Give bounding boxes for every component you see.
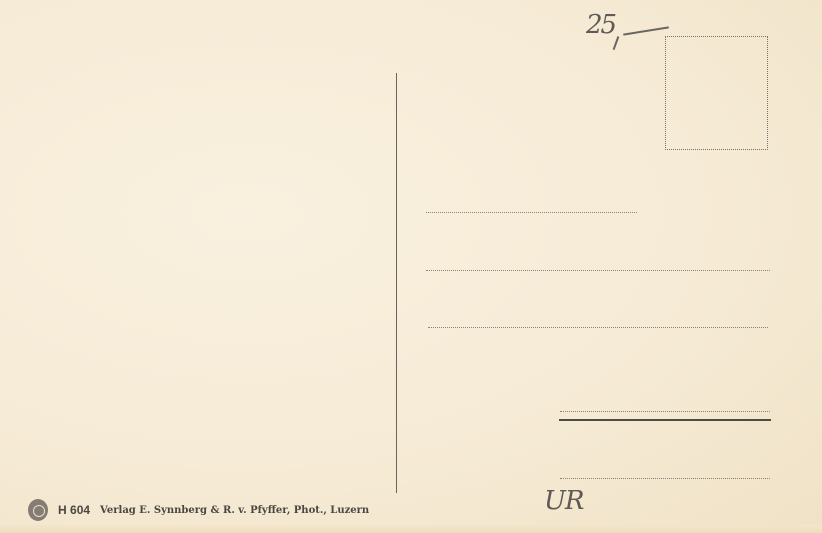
stamp-box (665, 36, 768, 150)
address-line-2 (426, 270, 770, 271)
publisher-imprint: H 604 Verlag E. Synnberg & R. v. Pfyffer… (28, 498, 369, 522)
center-divider (396, 73, 397, 493)
series-code: H 604 (58, 503, 90, 517)
postcard-back: 25 UR H 604 Verlag E. Synnberg & R. v. P… (0, 0, 822, 533)
address-line-3 (428, 327, 768, 328)
address-line-5 (560, 478, 770, 479)
handwritten-initials: UR (544, 486, 584, 516)
address-line-4 (560, 411, 770, 412)
series-number: 604 (70, 503, 90, 517)
publisher-text: Verlag E. Synnberg & R. v. Pfyffer, Phot… (100, 505, 369, 516)
handwritten-dash (623, 26, 669, 35)
publisher-logo-icon (28, 499, 48, 521)
handwritten-price: 25 (586, 10, 615, 40)
address-line-1 (426, 212, 637, 213)
destination-underline (559, 419, 771, 421)
series-prefix: H (58, 503, 67, 517)
